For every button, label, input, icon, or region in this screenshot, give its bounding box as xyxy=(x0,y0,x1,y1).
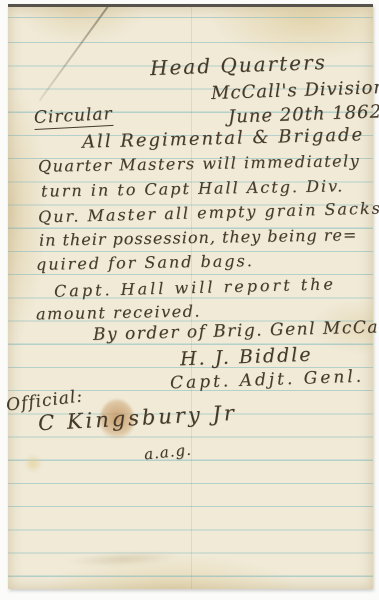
body-line: amount received. xyxy=(36,302,201,324)
fold-crease-vertical xyxy=(191,7,192,589)
signer-title: Capt. Adjt. Genl. xyxy=(170,367,365,394)
fold-crease-diagonal xyxy=(39,4,110,101)
body-line: Capt. Hall will report the xyxy=(54,274,336,300)
biddle-signature: H. J. Biddle xyxy=(180,344,313,371)
headquarters-heading: Head Quarters xyxy=(150,50,328,80)
body-line: All Regimental & Brigade xyxy=(82,124,365,152)
age-spot xyxy=(23,455,43,472)
letter-paper: Head Quarters McCall's Division Circular… xyxy=(8,4,373,589)
division-heading: McCall's Division xyxy=(211,77,379,104)
aag-title: a.a.g. xyxy=(143,441,192,464)
scanned-letter: Head Quarters McCall's Division Circular… xyxy=(0,0,379,600)
circular-label: Circular xyxy=(33,104,113,130)
body-line: in their possession, they being re= xyxy=(39,225,358,250)
body-line: quired for Sand bags. xyxy=(36,251,254,274)
body-line: Quarter Masters will immediately xyxy=(38,151,361,176)
age-smudge xyxy=(66,549,182,569)
body-line: turn in to Capt Hall Actg. Div. xyxy=(41,176,345,200)
body-line: Qur. Master all empty grain Sacks xyxy=(38,199,379,227)
